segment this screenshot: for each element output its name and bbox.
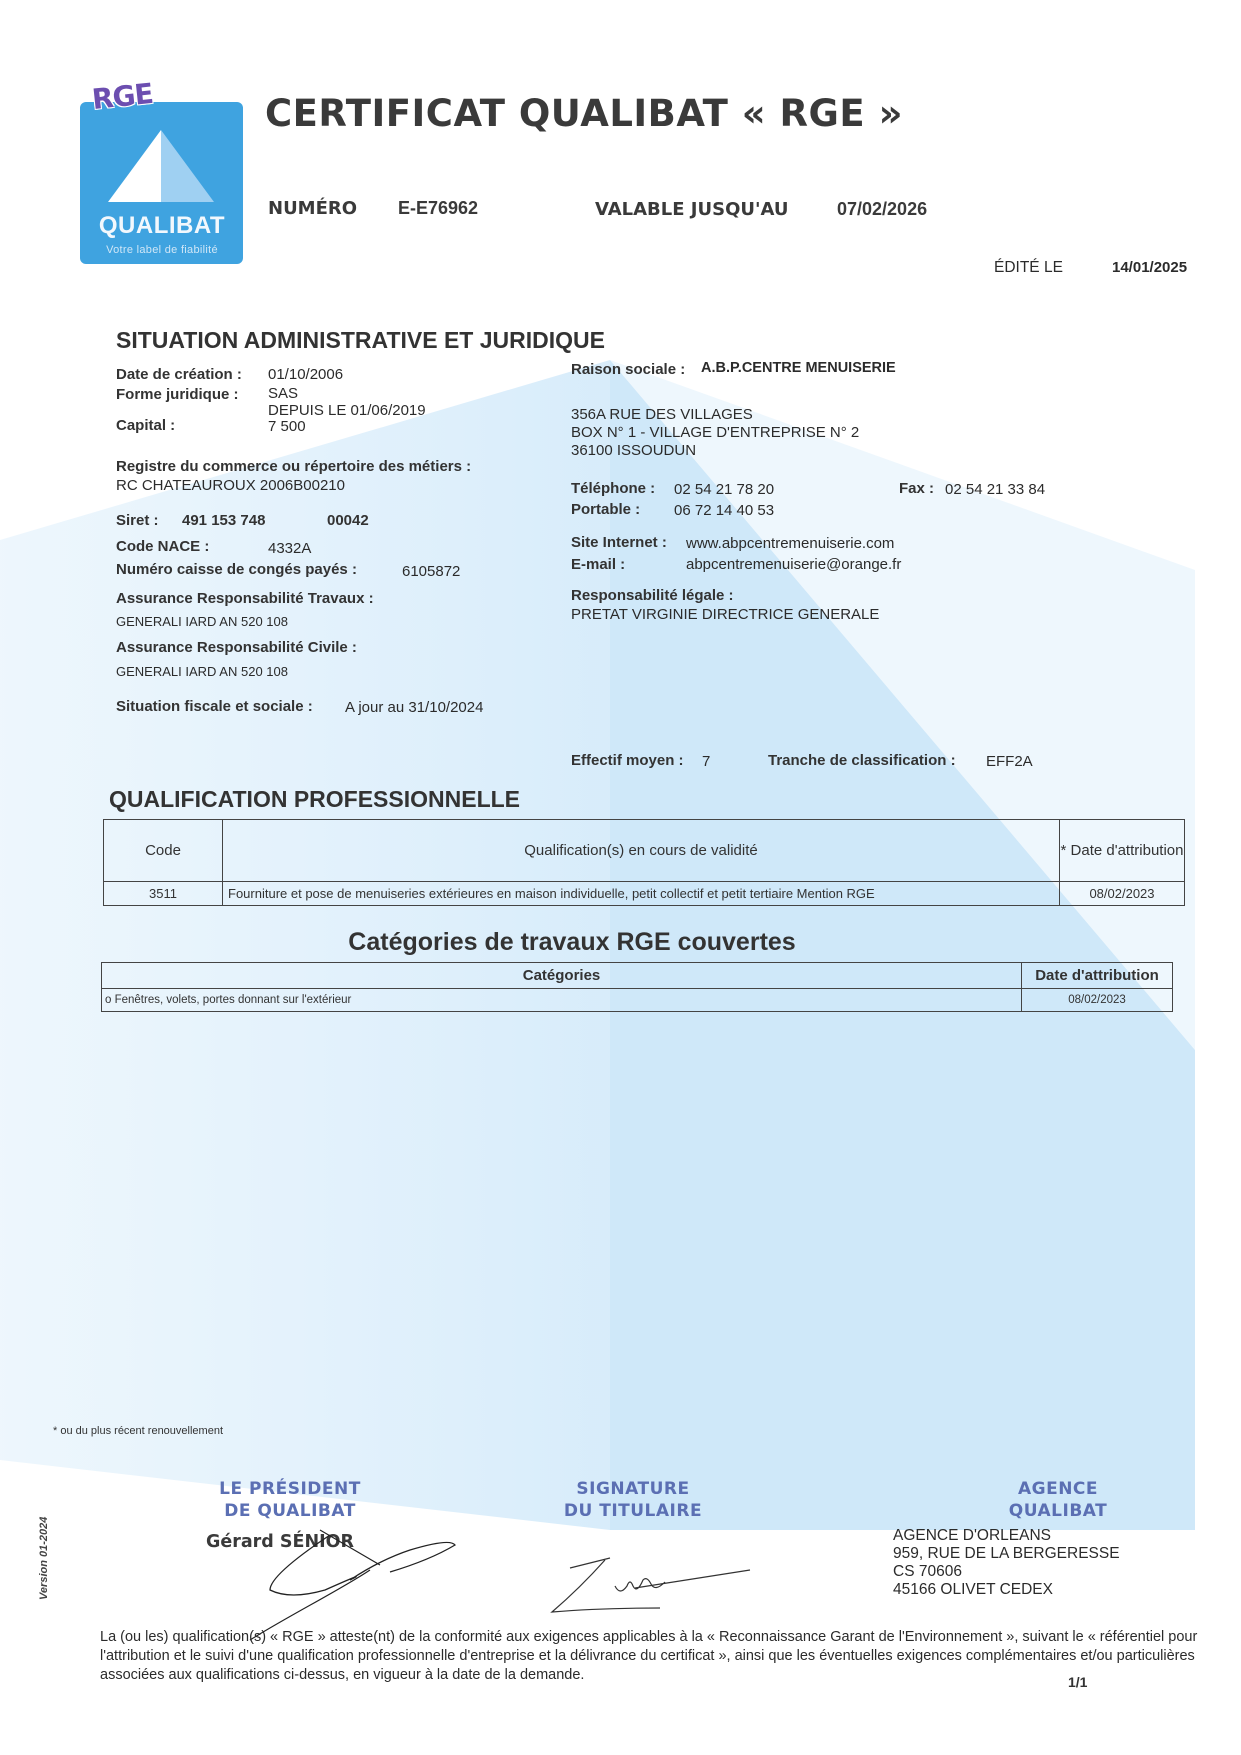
numero-value: E-E76962 [398,198,478,219]
forme-label: Forme juridique : [116,386,239,403]
ass-travaux-label: Assurance Responsabilité Travaux : [116,590,374,607]
nace-label: Code NACE : [116,538,209,555]
col-code-header: Code [104,820,223,882]
valid-value: 07/02/2026 [837,199,927,220]
numero-label: NUMÉRO [268,198,357,219]
agency-address-line: 45166 OLIVET CEDEX [893,1581,1120,1599]
agency-heading-line-1: AGENCE [958,1478,1158,1500]
date-creation-label: Date de création : [116,366,242,383]
resp-label: Responsabilité légale : [571,587,734,604]
registre-value: RC CHATEAUROUX 2006B00210 [116,477,345,494]
raison-value: A.B.P.CENTRE MENUISERIE [701,360,896,376]
tranche-value: EFF2A [986,753,1033,770]
edited-value: 14/01/2025 [1112,259,1187,276]
qualification-table: Code Qualification(s) en cours de validi… [103,819,1185,906]
col-categories-header: Catégories [102,963,1022,989]
forme-value: SAS [268,385,298,402]
holder-heading: SIGNATURE DU TITULAIRE [533,1478,733,1522]
site-label: Site Internet : [571,534,667,551]
conges-value: 6105872 [402,563,460,580]
capital-value: 7 500 [268,418,306,435]
nace-value: 4332A [268,540,311,557]
effectif-value: 7 [702,753,710,770]
category-date: 08/02/2023 [1022,989,1173,1012]
certificate-title: CERTIFICAT QUALIBAT « RGE » [265,92,903,135]
legal-text: La (ou les) qualification(s) « RGE » att… [100,1628,1200,1685]
fiscale-label: Situation fiscale et sociale : [116,698,313,715]
siret-label: Siret : [116,512,159,529]
president-heading-line-2: DE QUALIBAT [190,1500,390,1522]
holder-heading-line-2: DU TITULAIRE [533,1500,733,1522]
ass-civile-label: Assurance Responsabilité Civile : [116,639,357,656]
holder-signature-icon [540,1548,760,1618]
categories-table: Catégories Date d'attribution o Fenêtres… [101,962,1173,1012]
qualification-date: 08/02/2023 [1060,882,1185,906]
agency-address-line: 959, RUE DE LA BERGERESSE [893,1545,1120,1563]
date-creation-value: 01/10/2006 [268,366,343,383]
agency-address: AGENCE D'ORLEANS 959, RUE DE LA BERGERES… [893,1527,1120,1599]
email-link[interactable]: abpcentremenuiserie@orange.fr [686,556,901,573]
edited-label: ÉDITÉ LE [994,259,1063,277]
address-line-1: 356A RUE DES VILLAGES [571,406,753,423]
fax-label: Fax : [899,480,934,497]
table-header-row: Code Qualification(s) en cours de validi… [104,820,1185,882]
agency-heading: AGENCE QUALIBAT [958,1478,1158,1522]
agency-address-line: AGENCE D'ORLEANS [893,1527,1120,1545]
president-heading: LE PRÉSIDENT DE QUALIBAT [190,1478,390,1522]
situation-heading: SITUATION ADMINISTRATIVE ET JURIDIQUE [116,327,605,354]
agency-heading-line-2: QUALIBAT [958,1500,1158,1522]
table-row: 3511 Fourniture et pose de menuiseries e… [104,882,1185,906]
valid-label: VALABLE JUSQU'AU [595,199,789,220]
pyramid-icon [80,102,243,212]
holder-heading-line-1: SIGNATURE [533,1478,733,1500]
ass-travaux-value: GENERALI IARD AN 520 108 [116,614,288,629]
table-row: o Fenêtres, volets, portes donnant sur l… [102,989,1173,1012]
capital-label: Capital : [116,417,175,434]
tranche-label: Tranche de classification : [768,752,956,769]
conges-label: Numéro caisse de congés payés : [116,561,357,578]
page-number: 1/1 [1068,1674,1087,1690]
effectif-label: Effectif moyen : [571,752,684,769]
fiscale-value: A jour au 31/10/2024 [345,699,483,716]
email-label: E-mail : [571,556,625,573]
agency-address-line: CS 70606 [893,1563,1120,1581]
tel-value: 02 54 21 78 20 [674,481,774,498]
ass-civile-value: GENERALI IARD AN 520 108 [116,664,288,679]
president-heading-line-1: LE PRÉSIDENT [190,1478,390,1500]
fax-value: 02 54 21 33 84 [945,481,1045,498]
table-header-row: Catégories Date d'attribution [102,963,1173,989]
siret-suffix: 00042 [327,512,369,529]
forme-since: DEPUIS LE 01/06/2019 [268,402,426,419]
col-date-header: * Date d'attribution [1060,820,1185,882]
logo-name: QUALIBAT [86,212,238,240]
qualification-label: Fourniture et pose de menuiseries extéri… [223,882,1060,906]
rge-badge: RGE [90,77,154,116]
version-label: Version 01-2024 [38,1517,50,1600]
raison-label: Raison sociale : [571,361,685,378]
col-qualification-header: Qualification(s) en cours de validité [223,820,1060,882]
portable-label: Portable : [571,501,640,518]
qualification-code: 3511 [104,882,223,906]
category-label: o Fenêtres, volets, portes donnant sur l… [102,989,1022,1012]
col-date-header: Date d'attribution [1022,963,1173,989]
site-link[interactable]: www.abpcentremenuiserie.com [686,535,894,552]
address-line-2: BOX N° 1 - VILLAGE D'ENTREPRISE N° 2 [571,424,859,441]
portable-value: 06 72 14 40 53 [674,502,774,519]
footnote: * ou du plus récent renouvellement [53,1425,223,1437]
tel-label: Téléphone : [571,480,655,497]
resp-value: PRETAT VIRGINIE DIRECTRICE GENERALE [571,606,879,623]
registre-label: Registre du commerce ou répertoire des m… [116,458,471,475]
categories-heading: Catégories de travaux RGE couvertes [0,928,1144,957]
address-line-3: 36100 ISSOUDUN [571,442,696,459]
siret-value: 491 153 748 [182,512,265,529]
logo-tagline: Votre label de fiabilité [86,244,238,256]
qualification-heading: QUALIFICATION PROFESSIONNELLE [109,786,520,813]
